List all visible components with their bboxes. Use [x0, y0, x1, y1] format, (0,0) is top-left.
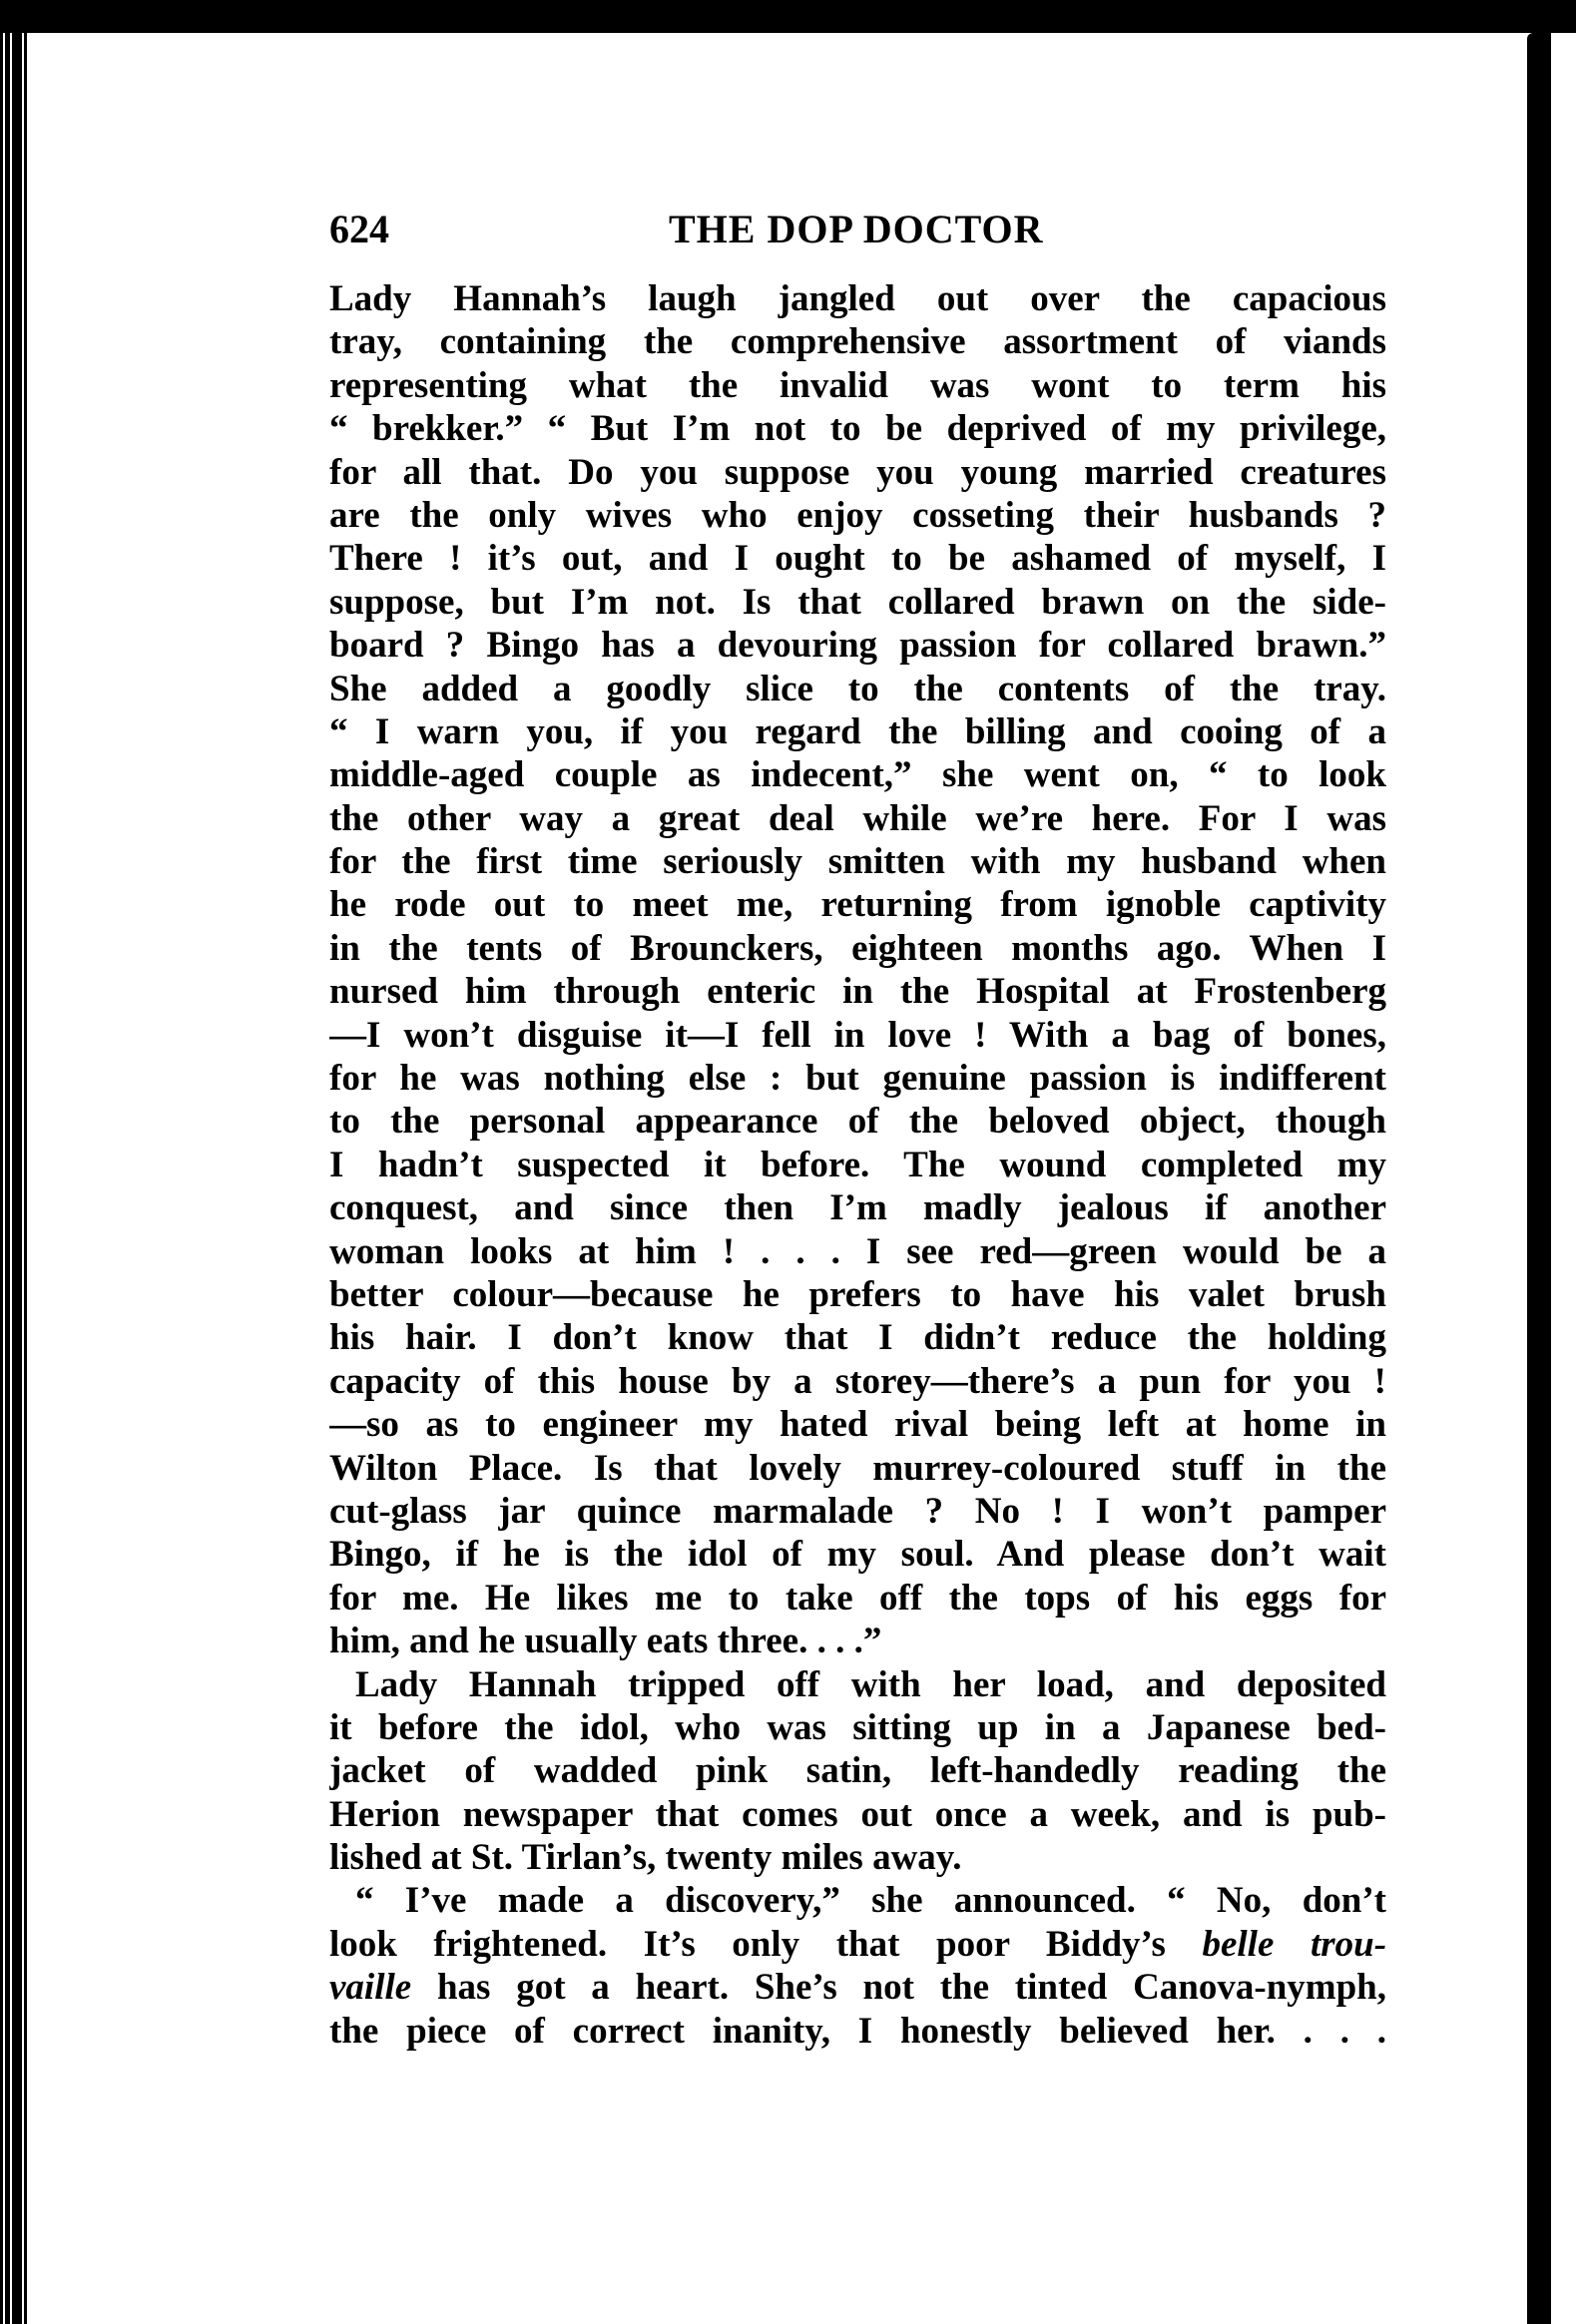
text-line: “ brekker.” “ But I’m not to be deprived…: [329, 407, 1386, 450]
text-line: tray, containing the comprehensive assor…: [329, 320, 1386, 363]
italic-phrase: belle trou-: [1202, 1924, 1386, 1965]
text-line: “ I warn you, if you regard the billing …: [329, 710, 1386, 753]
text-line: cut-glass jar quince marmalade ? No ! I …: [329, 1490, 1386, 1533]
text-line: for he was nothing else : but genuine pa…: [329, 1057, 1386, 1100]
scan-top-border: [0, 0, 1576, 33]
running-head: 624 THE DOP DOCTOR: [329, 205, 1386, 254]
text-line: Lady Hannah’s laugh jangled out over the…: [329, 277, 1386, 320]
text-line: She added a goodly slice to the contents…: [329, 668, 1386, 710]
text-line: woman looks at him ! . . . I see red—gre…: [329, 1230, 1386, 1273]
scan-right-border: [1527, 33, 1551, 2324]
scan-right-margin: [1551, 33, 1576, 2324]
text-line: for me. He likes me to take off the tops…: [329, 1577, 1386, 1620]
text-line: —I won’t disguise it—I fell in love ! Wi…: [329, 1014, 1386, 1057]
text-line: he rode out to meet me, returning from i…: [329, 883, 1386, 926]
text-line: I hadn’t suspected it before. The wound …: [329, 1144, 1386, 1186]
text-line: the piece of correct inanity, I honestly…: [329, 2010, 1386, 2053]
text-line: in the tents of Brounckers, eighteen mon…: [329, 927, 1386, 970]
paragraph-end-line: lished at St. Tirlan’s, twenty miles awa…: [329, 1836, 1386, 1879]
text-line: board ? Bingo has a devouring passion fo…: [329, 624, 1386, 667]
page-number: 624: [329, 205, 389, 254]
paragraph-end-line: him, and he usually eats three. . . .”: [329, 1620, 1386, 1662]
text-line: to the personal appearance of the belove…: [329, 1100, 1386, 1143]
text-line: Wilton Place. Is that lovely murrey-colo…: [329, 1447, 1386, 1490]
text-line: Bingo, if he is the idol of my soul. And…: [329, 1533, 1386, 1576]
text-line: suppose, but I’m not. Is that collared b…: [329, 581, 1386, 624]
text-segment: has got a heart. She’s not the tinted Ca…: [437, 1967, 1386, 2008]
text-line: better colour—because he prefers to have…: [329, 1273, 1386, 1316]
text-line: for all that. Do you suppose you young m…: [329, 451, 1386, 494]
text-line: nursed him through enteric in the Hospit…: [329, 970, 1386, 1013]
text-line: There ! it’s out, and I ought to be asha…: [329, 537, 1386, 580]
text-segment: look frightened. It’s only that poor Bid…: [329, 1924, 1166, 1965]
text-line: look frightened. It’s only that poor Bid…: [329, 1923, 1386, 1966]
text-line: it before the idol, who was sitting up i…: [329, 1706, 1386, 1749]
paragraph-start-line: Lady Hannah tripped off with her load, a…: [329, 1663, 1386, 1706]
paragraph-start-line: “ I’ve made a discovery,” she announced.…: [329, 1879, 1386, 1922]
text-line: —so as to engineer my hated rival being …: [329, 1403, 1386, 1446]
text-line: conquest, and since then I’m madly jealo…: [329, 1186, 1386, 1229]
text-line: representing what the invalid was wont t…: [329, 364, 1386, 407]
text-line: are the only wives who enjoy cosseting t…: [329, 494, 1386, 537]
text-line: his hair. I don’t know that I didn’t red…: [329, 1316, 1386, 1359]
scan-left-edge: [0, 33, 30, 2324]
running-title: THE DOP DOCTOR: [669, 205, 1044, 254]
text-line: the other way a great deal while we’re h…: [329, 797, 1386, 840]
italic-phrase: vaille: [329, 1967, 411, 2008]
text-line: capacity of this house by a storey—there…: [329, 1360, 1386, 1403]
text-line: jacket of wadded pink satin, left-handed…: [329, 1749, 1386, 1792]
text-line: Herion newspaper that comes out once a w…: [329, 1793, 1386, 1836]
text-line: middle-aged couple as indecent,” she wen…: [329, 753, 1386, 796]
body-text: Lady Hannah’s laugh jangled out over the…: [329, 277, 1386, 2053]
text-line: vaille has got a heart. She’s not the ti…: [329, 1966, 1386, 2009]
text-line: for the first time seriously smitten wit…: [329, 840, 1386, 883]
